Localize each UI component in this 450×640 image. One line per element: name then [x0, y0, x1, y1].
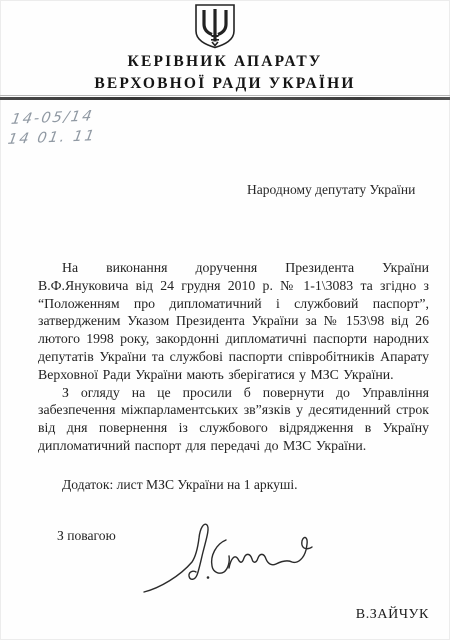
attachment-line: Додаток: лист МЗС України на 1 аркуші. — [62, 477, 298, 493]
letterhead-title: КЕРІВНИК АПАРАТУ ВЕРХОВНОЇ РАДИ УКРАЇНИ — [0, 51, 450, 95]
letterhead-divider — [0, 95, 450, 100]
handwritten-note-line2: 14 01. 11 — [6, 126, 97, 150]
ukraine-trident-emblem — [191, 3, 239, 49]
closing-salutation: З повагою — [57, 528, 116, 544]
body-paragraph-2: З огляду на це просили б повернути до Уп… — [38, 384, 429, 455]
letterhead-title-line1: КЕРІВНИК АПАРАТУ — [0, 51, 450, 73]
recipient-line: Народному депутату України — [247, 182, 415, 198]
scanned-letter-page: КЕРІВНИК АПАРАТУ ВЕРХОВНОЇ РАДИ УКРАЇНИ … — [0, 0, 450, 640]
handwritten-registration-notes: 14-05/14 14 01. 11 — [6, 106, 101, 150]
letterhead-title-line2: ВЕРХОВНОЇ РАДИ УКРАЇНИ — [0, 73, 450, 95]
handwritten-signature-icon — [140, 512, 330, 607]
letter-body: На виконання доручення Президента Україн… — [38, 259, 429, 455]
divider-thin-line — [0, 95, 450, 96]
signer-name: В.ЗАЙЧУК — [356, 607, 429, 623]
divider-thick-line — [0, 97, 450, 100]
body-paragraph-1: На виконання доручення Президента Україн… — [38, 259, 429, 384]
